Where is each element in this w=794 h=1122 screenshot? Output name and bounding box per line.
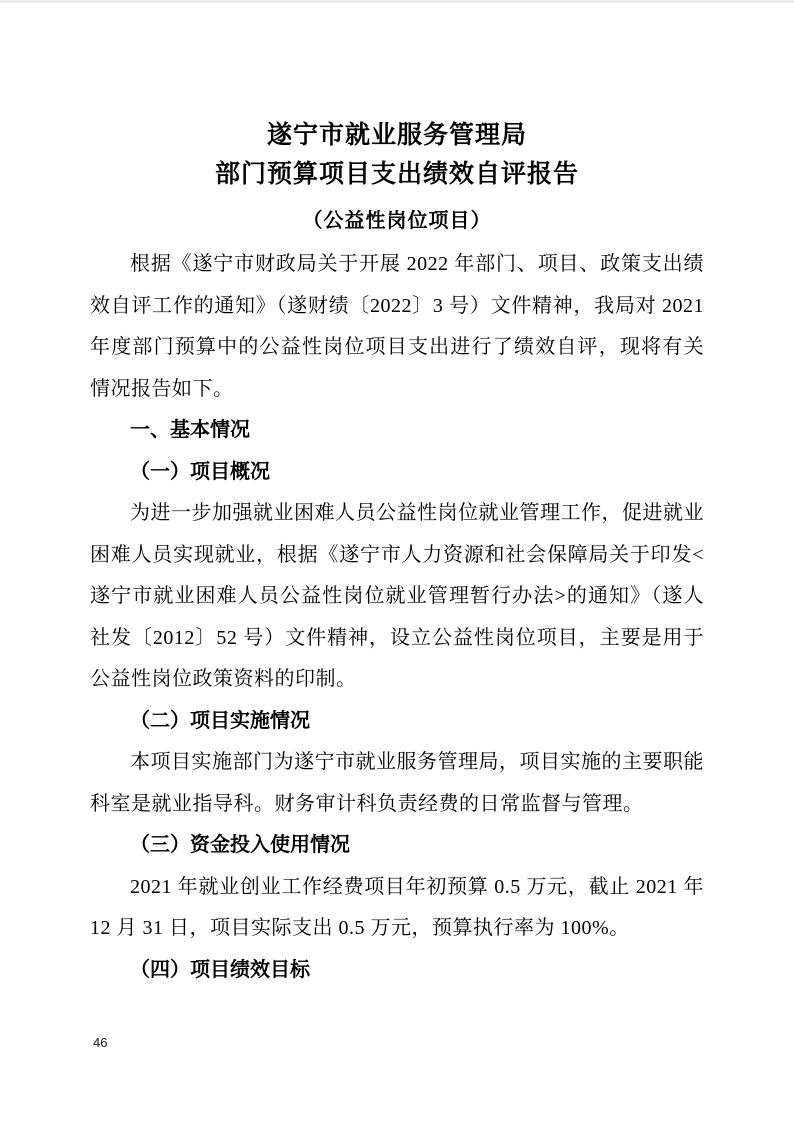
subsection-heading-project-overview: （一）项目概况 xyxy=(90,452,704,494)
document-body: 根据《遂宁市财政局关于开展 2022 年部门、项目、政策支出绩效自评工作的通知》… xyxy=(90,244,704,991)
document-content: 遂宁市就业服务管理局 部门预算项目支出绩效自评报告 （公益性岗位项目） 根据《遂… xyxy=(90,3,704,991)
subsection-heading-implementation: （二）项目实施情况 xyxy=(90,701,704,743)
document-page: 遂宁市就业服务管理局 部门预算项目支出绩效自评报告 （公益性岗位项目） 根据《遂… xyxy=(0,0,794,1122)
paragraph-intro: 根据《遂宁市财政局关于开展 2022 年部门、项目、政策支出绩效自评工作的通知》… xyxy=(90,244,704,410)
subsection-heading-funding: （三）资金投入使用情况 xyxy=(90,825,704,867)
page-number: 46 xyxy=(93,1035,107,1051)
section-heading-basic-info: 一、基本情况 xyxy=(90,410,704,452)
paragraph-funding: 2021 年就业创业工作经费项目年初预算 0.5 万元，截止 2021 年 12… xyxy=(90,867,704,950)
document-title-line-2: 部门预算项目支出绩效自评报告 xyxy=(90,155,704,194)
document-title-line-1: 遂宁市就业服务管理局 xyxy=(90,116,704,155)
paragraph-project-overview: 为进一步加强就业困难人员公益性岗位就业管理工作，促进就业困难人员实现就业，根据《… xyxy=(90,493,704,701)
subsection-heading-performance-targets: （四）项目绩效目标 xyxy=(90,950,704,992)
document-subtitle: （公益性岗位项目） xyxy=(90,206,704,236)
paragraph-implementation: 本项目实施部门为遂宁市就业服务管理局，项目实施的主要职能科室是就业指导科。财务审… xyxy=(90,742,704,825)
